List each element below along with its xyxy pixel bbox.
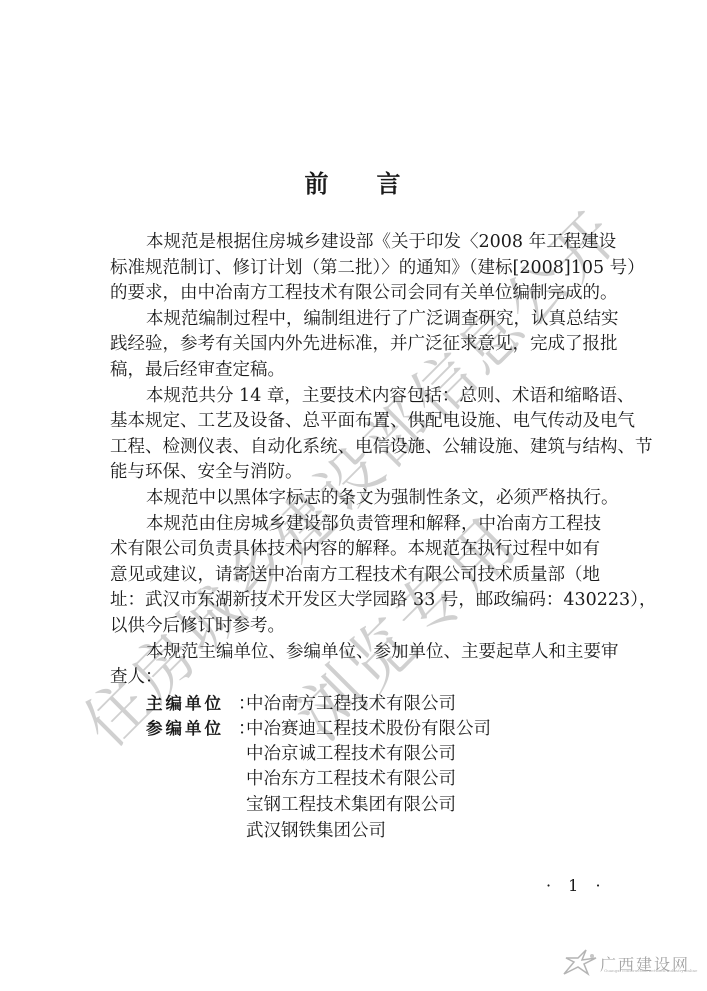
site-logo: 广西建设网 Guangxi construction network indus…: [560, 948, 690, 978]
paragraph-line: 能与环保、安全与消防。: [110, 460, 594, 486]
paragraph-line: 工程、检测仪表、自动化系统、电信设施、公辅设施、建筑与结构、节: [110, 435, 594, 461]
paragraph-line: 查人：: [110, 665, 594, 691]
paragraph-line: 践经验，参考有关国内外先进标准，并广泛征求意见，完成了报批: [110, 332, 594, 358]
page-title: 前言: [0, 164, 707, 199]
title-char-1: 前: [305, 164, 331, 199]
participating-unit-value: 中冶赛迪工程技术股份有限公司: [246, 719, 491, 739]
paragraph-line: 本规范主编单位、参编单位、参加单位、主要起草人和主要审: [110, 640, 594, 666]
participating-unit-value: 武汉钢铁集团公司: [110, 819, 594, 845]
participating-unit-value: 宝钢工程技术集团有限公司: [110, 793, 594, 819]
paragraph-line: 术有限公司负责具体技术内容的解释。本规范在执行过程中如有: [110, 537, 594, 563]
page-number: · 1 ·: [546, 876, 607, 895]
chief-unit-row: 主编单位：中冶南方工程技术有限公司: [110, 691, 594, 717]
chief-unit-value: 中冶南方工程技术有限公司: [246, 694, 456, 714]
paragraph-line: 标准规范制订、修订计划（第二批）〉的通知》（建标[2008]105 号）: [110, 256, 594, 282]
paragraph-line: 以供今后修订时参考。: [110, 614, 594, 640]
paragraph-line: 本规范共分 14 章，主要技术内容包括：总则、术语和缩略语、: [110, 384, 594, 410]
paragraph-line: 稿，最后经审查定稿。: [110, 358, 594, 384]
paragraph-line: 本规范由住房城乡建设部负责管理和解释，中冶南方工程技: [110, 512, 594, 538]
chief-unit-label: 主编单位: [146, 691, 238, 717]
paragraph-line: 本规范中以黑体字标志的条文为强制性条文，必须严格执行。: [110, 486, 594, 512]
participating-unit-value: 中冶京诚工程技术有限公司: [110, 742, 594, 768]
logo-subtitle: Guangxi construction network industry on…: [604, 968, 697, 973]
paragraph-line: 本规范编制过程中，编制组进行了广泛调查研究，认真总结实: [110, 307, 594, 333]
participating-unit-value: 中冶东方工程技术有限公司: [110, 767, 594, 793]
colon: ：: [238, 717, 246, 743]
paragraph-line: 意见或建议，请寄送中冶南方工程技术有限公司技术质量部（地: [110, 563, 594, 589]
title-char-2: 言: [377, 164, 403, 199]
paragraph-line: 本规范是根据住房城乡建设部《关于印发〈2008 年工程建设: [110, 230, 594, 256]
foreword-body: 本规范是根据住房城乡建设部《关于印发〈2008 年工程建设 标准规范制订、修订计…: [110, 230, 594, 844]
paragraph-line: 址：武汉市东湖新技术开发区大学园路 33 号，邮政编码：430223），: [110, 588, 594, 614]
participating-unit-label: 参编单位: [146, 716, 238, 742]
colon: ：: [238, 692, 246, 718]
star-logo-icon: [560, 948, 600, 978]
paragraph-line: 的要求，由中冶南方工程技术有限公司会同有关单位编制完成的。: [110, 281, 594, 307]
paragraph-line: 基本规定、工艺及设备、总平面布置、供配电设施、电气传动及电气: [110, 409, 594, 435]
participating-unit-row: 参编单位：中冶赛迪工程技术股份有限公司: [110, 716, 594, 742]
